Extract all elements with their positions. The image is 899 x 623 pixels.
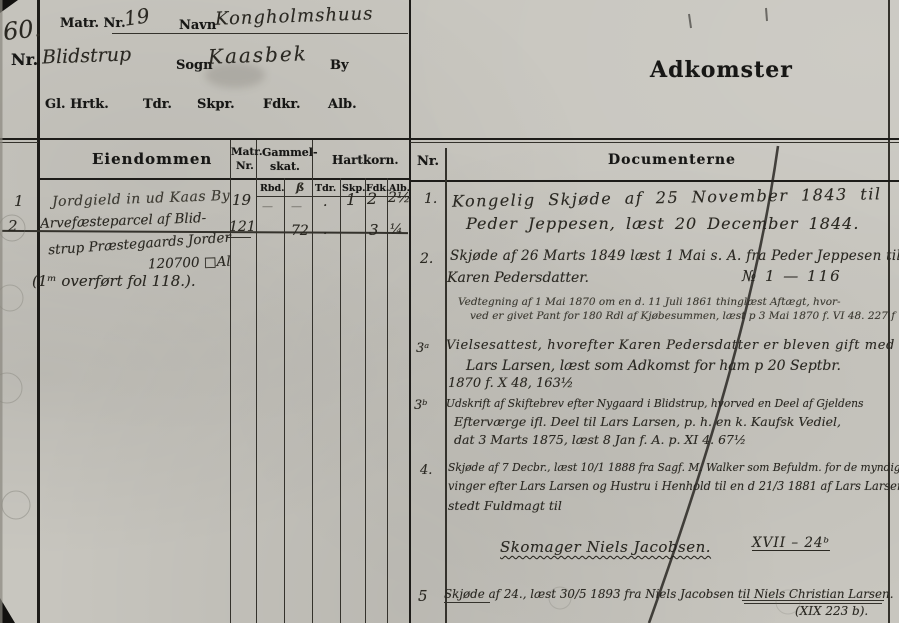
- row2-ss-value: 72: [291, 223, 309, 239]
- rbd-subheader: Rbd.: [260, 183, 285, 194]
- row2-matr-value: 121: [229, 219, 256, 235]
- scanned-register-page: 60. Nr. Matr. Nr. 19 Navn Kongholmshuus …: [0, 0, 899, 623]
- entry2-note-line2: ved er givet Pant for 180 Rdl af Kjøbesu…: [470, 310, 895, 322]
- col-divider-doc-nr: [445, 148, 447, 623]
- by-label: By: [330, 58, 349, 73]
- row1-eiendommen-text: Jordgield in ud Kaas By: [52, 188, 231, 210]
- sogn-value: Blidstrup: [42, 43, 132, 68]
- right-header-bottom-rule: [410, 180, 899, 182]
- entry3b-nr: 3ᵇ: [414, 398, 427, 413]
- pen-tick-2: [766, 8, 767, 21]
- ss-subheader: ß: [296, 181, 304, 194]
- emboss-circle-4: [2, 491, 30, 519]
- entry5-ref: (XIX 223 b).: [795, 604, 868, 618]
- entry2-note-line1: Vedtegning af 1 Mai 1870 om en d. 11 Jul…: [458, 296, 841, 308]
- adkomster-title: Adkomster: [650, 57, 793, 83]
- row1-skp-value: 1: [346, 190, 356, 209]
- margin-divider-line: [37, 0, 40, 623]
- gammelskat-header-2: skat.: [270, 160, 300, 173]
- entry2-nr: 2.: [420, 251, 433, 267]
- entry3b-line3: dat 3 Marts 1875, læst 8 Jan f. A. p. XI…: [454, 432, 746, 447]
- table-top-rule-left-2: [0, 142, 38, 143]
- entry1-line2: Peder Jeppesen, læst 20 December 1844.: [466, 214, 859, 233]
- row1-nr: 1: [14, 192, 24, 210]
- row2-fdk-value: 3: [369, 221, 379, 239]
- row1-ss-value: —: [291, 200, 302, 213]
- entry3a-line1: Vielsesattest, hvorefter Karen Pedersdat…: [446, 338, 895, 353]
- row1-fdk-value: 2: [367, 189, 377, 208]
- header-field-underline: [112, 33, 408, 34]
- navn-value: Kongholmshuus: [215, 3, 374, 30]
- row1-matr-value: 19: [232, 191, 251, 209]
- documenterne-header: Documenterne: [608, 152, 736, 168]
- entry3b-line2: Efterværge ifl. Deel til Lars Larsen, p.…: [454, 414, 841, 429]
- entry4-nr: 4.: [420, 463, 432, 478]
- table-top-rule-2: [410, 142, 899, 143]
- folio-number: 60.: [2, 14, 43, 46]
- gammelskat-header-1: Gammel-: [262, 146, 318, 159]
- doc-nr-header: Nr.: [417, 154, 439, 169]
- hdr-tdr-label: Tdr.: [143, 97, 172, 112]
- navn-label: Navn: [179, 18, 216, 33]
- entry4-line1: Skjøde af 7 Decbr., læst 10/1 1888 fra S…: [448, 460, 899, 474]
- torn-corner-bottom-left: [0, 598, 15, 623]
- entry3b-line1: Udskrift af Skiftebrev efter Nygaard i B…: [446, 396, 895, 410]
- hdr-fdkr-label: Fdkr.: [263, 97, 301, 112]
- row1-alb-value: 2½: [388, 190, 410, 206]
- gl-hrtk-label: Gl. Hrtk.: [45, 97, 109, 112]
- entry2-line1: Skjøde af 26 Marts 1849 læst 1 Mai s. A.…: [450, 248, 899, 264]
- col-divider-rbd: [284, 178, 285, 623]
- eiendommen-header: Eiendommen: [92, 150, 212, 168]
- entry3a-line2: Lars Larsen, læst som Adkomst for ham p …: [466, 358, 841, 374]
- entry5-skjode-underline: [444, 602, 490, 603]
- row2-line3: 120700 □Al: [148, 254, 231, 273]
- col-divider-fdk: [387, 178, 388, 623]
- hdr-skpr-label: Skpr.: [197, 97, 235, 112]
- emboss-circle-3: [0, 373, 22, 403]
- left-page-edge: [0, 0, 3, 623]
- entry5-nr: 5: [418, 587, 428, 605]
- row2-alb-value: ¼: [390, 222, 403, 237]
- row2-line1: Arvefæsteparcel af Blid-: [40, 210, 207, 232]
- entry2-ref: № 1 — 116: [742, 267, 842, 285]
- entry5-name-underline-2: [744, 603, 882, 604]
- entry3a-nr: 3ᵃ: [416, 341, 429, 356]
- matr-col-header-1: Matr.: [231, 146, 263, 158]
- matr-nr-value: 19: [122, 3, 151, 30]
- entry4-grantee-name: Skomager Niels Jacobsen.: [500, 538, 711, 556]
- entry2-line2: Karen Pedersdatter.: [447, 270, 589, 286]
- entry3a-line3: 1870 f. X 48, 163½: [448, 376, 573, 391]
- pen-tick-1: [689, 14, 691, 28]
- row2-tdr-value: ·: [323, 226, 327, 242]
- row2-line4: (1ᵐ overført fol 118.).: [32, 272, 196, 290]
- page-center-divider-line: [409, 0, 411, 623]
- hartkorn-header: Hartkorn.: [332, 153, 399, 167]
- table-top-rule: [0, 138, 899, 140]
- matr-nr-label: Matr. Nr.: [60, 16, 126, 31]
- entry4-line3: stedt Fuldmagt til: [448, 498, 562, 513]
- matr-col-header-2: Nr.: [236, 160, 254, 172]
- col-divider-skp: [365, 178, 366, 623]
- margin-nr-label: Nr.: [11, 50, 38, 69]
- entry5-name-underline-1: [742, 600, 884, 601]
- entry4-line2: vinger efter Lars Larsen og Hustru i Hen…: [448, 479, 899, 493]
- entry1-line1: Kongelig Skjøde af 25 November 1843 til: [452, 184, 882, 210]
- row1-rbd-value: —: [262, 200, 273, 213]
- ink-smudge: [205, 62, 265, 88]
- col-divider-eiendommen: [230, 140, 231, 623]
- entry4-ref: XVII – 24ᵇ: [752, 535, 830, 551]
- col-divider-matr: [256, 140, 257, 623]
- entry1-nr: 1.: [424, 191, 437, 207]
- col-divider-tdr: [340, 178, 341, 623]
- emboss-circle-2: [0, 285, 23, 311]
- row1-tdr-value: ·: [323, 198, 327, 214]
- hdr-alb-label: Alb.: [328, 97, 357, 112]
- torn-corner-top-left: [0, 0, 18, 13]
- entry5-line1: Skjøde af 24., læst 30/5 1893 fra Niels …: [444, 586, 899, 601]
- col-divider-ss: [312, 140, 313, 623]
- left-header-bottom-rule: [38, 178, 410, 180]
- row2-nr: 2: [8, 217, 18, 235]
- tdr-subheader: Tdr.: [315, 183, 336, 194]
